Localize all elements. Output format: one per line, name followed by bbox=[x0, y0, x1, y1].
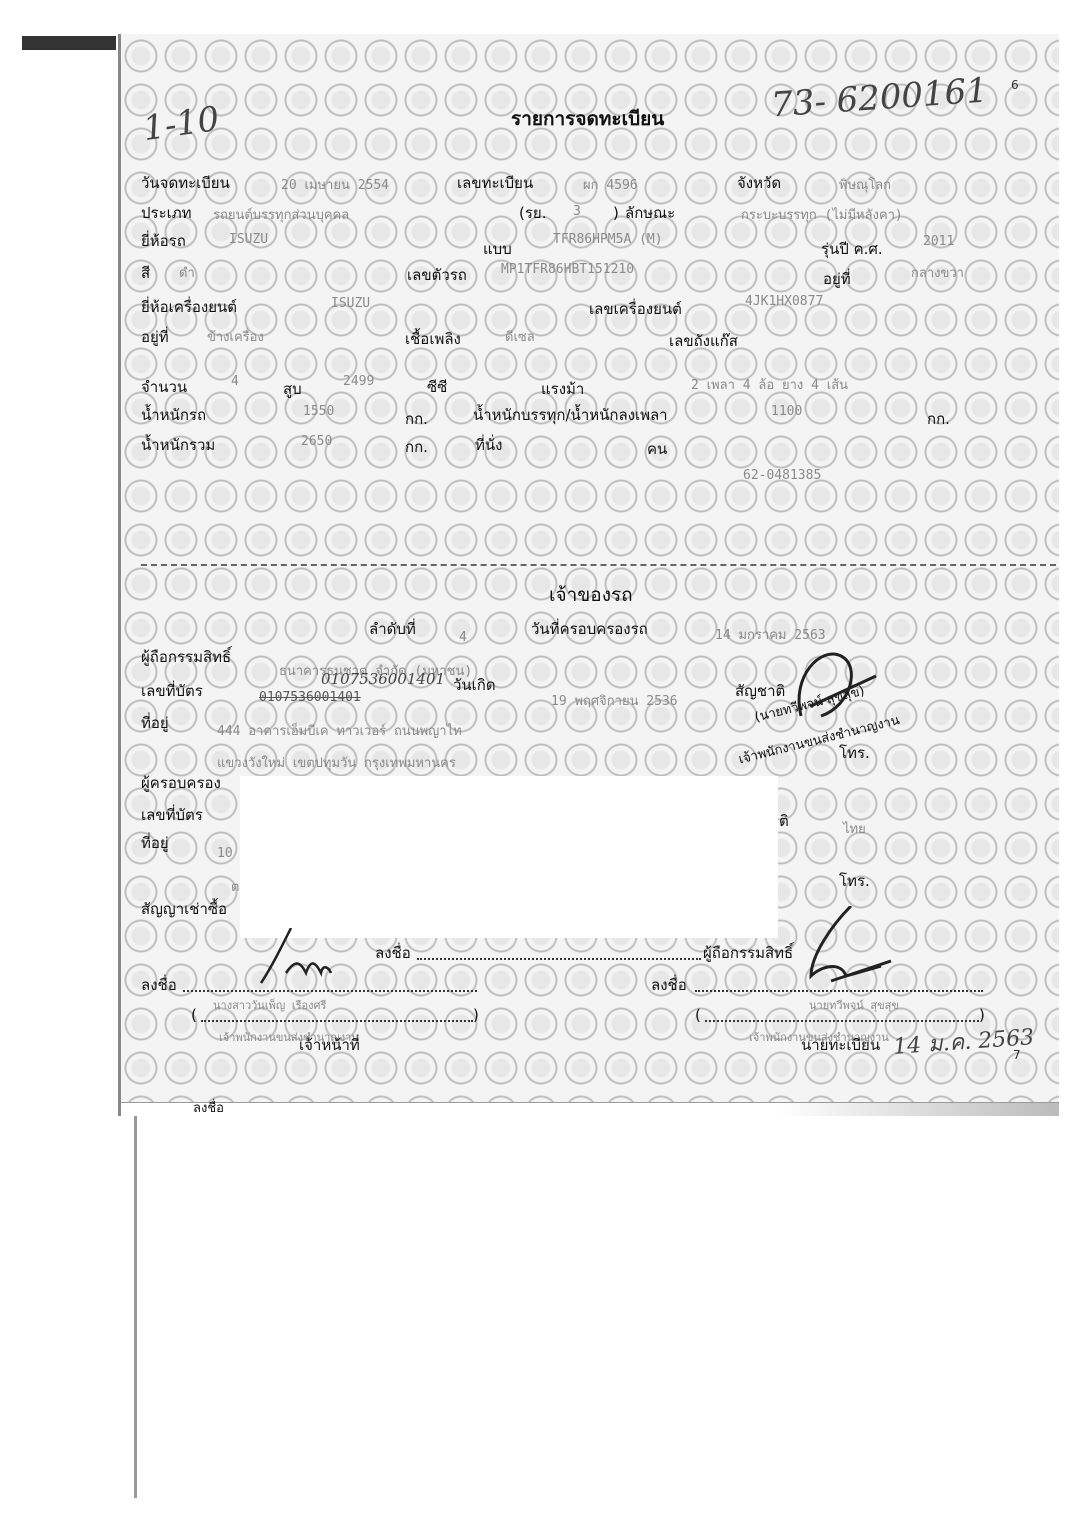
cylinders-label: จำนวน bbox=[141, 378, 187, 396]
province-value: พิษณุโลก bbox=[839, 174, 891, 195]
gas-tank-label: เลขถังแก๊ส bbox=[669, 332, 738, 350]
possessor-label: ผู้ครอบครอง bbox=[141, 774, 221, 792]
type-value: รถยนต์บรรทุกส่วนบุคคล bbox=[213, 204, 349, 225]
reg-date-label: วันจดทะเบียน bbox=[141, 174, 230, 192]
officer-name-line bbox=[201, 1020, 473, 1022]
color-label: สี bbox=[141, 264, 150, 282]
model-value: TFR86HPM5A (M) bbox=[553, 232, 663, 247]
sequence-value: 4 bbox=[459, 630, 467, 645]
province-label: จังหวัด bbox=[737, 174, 781, 192]
page-number-bottom: 7 bbox=[1013, 1048, 1021, 1062]
possession-date-label: วันที่ครอบครองรถ bbox=[531, 620, 648, 638]
load-weight-unit: กก. bbox=[927, 410, 950, 428]
vehicle-weight-unit: กก. bbox=[405, 410, 428, 428]
possessor-phone-label: โทร. bbox=[839, 872, 870, 890]
engine-number-label: เลขเครื่องยนต์ bbox=[589, 300, 682, 318]
owner-section-title: เจ้าของรถ bbox=[549, 586, 633, 604]
brand-value: ISUZU bbox=[229, 232, 268, 247]
possessor-nationality-tail: ติ bbox=[779, 812, 789, 830]
cylinders-value: 4 bbox=[231, 374, 239, 389]
registration-title: รายการจดทะเบียน bbox=[511, 110, 664, 128]
registrar-title: นายทะเบียน bbox=[801, 1036, 880, 1054]
seats-unit: คน bbox=[647, 440, 667, 458]
holder-sign-line bbox=[417, 958, 701, 960]
nationality-label: สัญชาติ bbox=[735, 682, 785, 700]
possessor-id-label: เลขที่บัตร bbox=[141, 806, 203, 824]
type-label: ประเภท bbox=[141, 204, 192, 222]
owner-address-line2: แขวงวังใหม่ เขตปทุมวัน กรุงเทพมหานคร bbox=[217, 752, 456, 773]
gross-weight-value: 2650 bbox=[301, 434, 332, 449]
officer-title: เจ้าหน้าที่ bbox=[299, 1036, 360, 1054]
year-value: 2011 bbox=[923, 234, 954, 249]
registrar-name-line bbox=[705, 1020, 979, 1022]
brand-label: ยี่ห้อรถ bbox=[141, 232, 186, 250]
vehicle-weight-value: 1550 bbox=[303, 404, 334, 419]
officer-name: นางสาววันเพ็ญ เรืองศรี bbox=[213, 996, 326, 1014]
sequence-label: ลำดับที่ bbox=[369, 620, 416, 638]
form-bottom-strip bbox=[121, 1102, 1059, 1116]
axle-value: 2 เพลา 4 ล้อ ยาง 4 เส้น bbox=[691, 374, 848, 395]
registrar-signature-top bbox=[781, 646, 881, 726]
scan-edge-mark bbox=[22, 36, 116, 50]
cylinders-unit: สูบ bbox=[283, 380, 302, 398]
ry-value: 3 bbox=[573, 204, 581, 219]
owner-address-label: ที่อยู่ bbox=[141, 714, 169, 732]
gross-weight-label: น้ำหนักรวม bbox=[141, 436, 215, 454]
engine-brand-label: ยี่ห้อเครื่องยนต์ bbox=[141, 298, 237, 316]
possessor-address-partial: 10 bbox=[217, 846, 233, 861]
reference-code: 62-0481385 bbox=[743, 468, 821, 483]
owner-id-label: เลขที่บัตร bbox=[141, 682, 203, 700]
corner-note: 1-10 bbox=[141, 99, 222, 149]
horsepower-label: แรงม้า bbox=[541, 380, 584, 398]
page-number-top: 6 bbox=[1011, 78, 1019, 92]
plate-label: เลขทะเบียน bbox=[457, 174, 533, 192]
engine-number-value: 4JK1HX0877 bbox=[745, 294, 823, 309]
style-value: กระบะบรรทุก (ไม่มีหลังคา) bbox=[741, 204, 903, 225]
fuel-value: ดีเซล bbox=[505, 326, 535, 347]
color-value: ดำ bbox=[179, 262, 195, 283]
load-weight-label: น้ำหนักบรรทุก/น้ำหนักลงเพลา bbox=[473, 406, 668, 424]
bottom-sign-label: ลงชื่อ bbox=[193, 1100, 224, 1116]
holder-label: ผู้ถือกรรมสิทธิ์ bbox=[141, 648, 231, 666]
holder-sign-suffix: ผู้ถือกรรมสิทธิ์ bbox=[703, 944, 793, 962]
officer-sign-line bbox=[183, 990, 477, 992]
officer-signature bbox=[251, 928, 351, 988]
lease-label: สัญญาเช่าซื้อ bbox=[141, 900, 227, 918]
cc-unit: ซีซี bbox=[427, 378, 447, 396]
load-weight-value: 1100 bbox=[771, 404, 802, 419]
engine-location-label: อยู่ที่ bbox=[141, 328, 169, 346]
possessor-address-label: ที่อยู่ bbox=[141, 834, 169, 852]
officer-sign-label: ลงชื่อ bbox=[141, 976, 177, 994]
fuel-label: เชื้อเพลิง bbox=[405, 330, 461, 348]
possessor-nationality-value: ไทย bbox=[843, 818, 866, 839]
registrar-sign-label: ลงชื่อ bbox=[651, 976, 687, 994]
gross-weight-unit: กก. bbox=[405, 438, 428, 456]
ry-label: (รย. bbox=[519, 204, 546, 222]
cc-value: 2499 bbox=[343, 374, 374, 389]
chassis-label: เลขตัวรถ bbox=[407, 266, 467, 284]
holder-signature bbox=[791, 906, 901, 1006]
owner-id-value: 0107536001401 bbox=[259, 690, 361, 705]
chassis-value: MP1TFR86HBT151210 bbox=[501, 262, 634, 277]
owner-address-line1: 444 อาคารเอ็มบีเค ทาวเวอร์ ถนนพญาไท bbox=[217, 720, 462, 741]
birth-date-label: วันเกิด bbox=[453, 676, 496, 694]
vehicle-registration-form: 1-10 73- 6200161 6 รายการจดทะเบียน วันจด… bbox=[118, 34, 1059, 1116]
style-label: ลักษณะ bbox=[625, 204, 675, 222]
engine-location-value: ข้างเครื่อง bbox=[207, 326, 264, 347]
model-label: แบบ bbox=[483, 240, 512, 258]
plate-value: ผก 4596 bbox=[583, 174, 638, 195]
chassis-location-value: กลางขวา bbox=[911, 262, 964, 283]
year-label: รุ่นปี ค.ศ. bbox=[821, 240, 883, 258]
redacted-area bbox=[240, 776, 778, 938]
birth-date-value: 19 พฤศจิกายน 2536 bbox=[551, 690, 678, 711]
possession-date-value: 14 มกราคม 2563 bbox=[715, 624, 826, 645]
vehicle-weight-label: น้ำหนักรถ bbox=[141, 406, 206, 424]
reference-number: 73- 6200161 bbox=[770, 70, 989, 125]
chassis-location-label: อยู่ที่ bbox=[823, 270, 851, 288]
engine-brand-value: ISUZU bbox=[331, 296, 370, 311]
reg-date-value: 20 เมษายน 2554 bbox=[281, 174, 389, 195]
holder-sign-label: ลงชื่อ bbox=[375, 944, 411, 962]
id-correction: 0107536001401 bbox=[321, 670, 445, 688]
owner-phone-label: โทร. bbox=[839, 744, 870, 762]
seats-label: ที่นั่ง bbox=[475, 436, 502, 454]
section-divider bbox=[141, 564, 1056, 566]
ry-close: ) bbox=[613, 204, 619, 222]
